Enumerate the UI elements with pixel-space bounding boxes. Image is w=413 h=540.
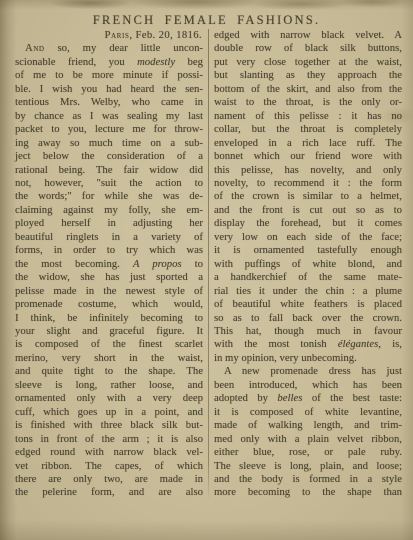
text-segment: A new promenade dress has just [224, 366, 402, 377]
text-segment: beg [175, 57, 203, 68]
text-line: vet ribbon. The capes, of which [15, 460, 203, 473]
text-line: a handkerchief of the same mate- [214, 271, 402, 284]
text-line: made of walking length, and trim- [214, 419, 402, 432]
text-segment: edged with narrow black velvet. A [214, 30, 402, 41]
text-line: collar, but the throat is completely [214, 123, 402, 136]
text-line: bottom of the skirt, and also from the [214, 83, 402, 96]
text-segment: so as to fall back over the crown. [214, 313, 402, 324]
text-segment: to [182, 259, 203, 270]
text-segment: enveloped in a rich lace ruff. The [214, 138, 402, 149]
text-segment: The sleeve is long, plain, and loose; [214, 461, 402, 472]
text-segment: and the body is formed in a style [214, 474, 402, 485]
text-line: the most becoming. A propos to [15, 258, 203, 271]
text-line: edged with narrow black velvet. A [214, 29, 402, 42]
text-segment: sleeve is long, rather loose, and [15, 380, 203, 391]
text-segment: bonnet which our friend wore with [214, 151, 402, 162]
text-segment: by chance as I was sealing my last [15, 111, 203, 122]
text-line: either blue, rose, or pale ruby. [214, 446, 402, 459]
text-line: This hat, though much in favour [214, 325, 402, 338]
text-line: your slight and graceful figure. It [15, 325, 203, 338]
text-segment: pelisse made in the newest style of [15, 286, 203, 297]
text-segment: med only with a plain velvet ribbon, [214, 434, 402, 445]
text-segment: of beautiful white feathers is placed [214, 299, 402, 310]
text-line: with puffings of white blond, and [214, 258, 402, 271]
text-line: And so, my dear little uncon- [15, 42, 203, 55]
italic-text: élégantes [338, 339, 378, 350]
text-segment: with the most tonish [214, 339, 338, 350]
text-line: put very close together at the waist, [214, 56, 402, 69]
text-line: bonnet which our friend wore with [214, 150, 402, 163]
text-line: in my opinion, very unbecoming. [214, 352, 402, 365]
text-segment: the pelerine form, and are also [15, 487, 203, 498]
text-segment: of the best taste: [302, 393, 402, 404]
text-line: I think, be infinitely becoming to [15, 312, 203, 325]
text-line: ployed herself in adjusting her [15, 217, 203, 230]
article-title: FRENCH FEMALE FASHIONS. [0, 0, 413, 28]
text-segment: ornamented only with a very deep [15, 393, 203, 404]
text-columns: Paris, Feb. 20, 1816.And so, my dear lit… [15, 29, 402, 500]
text-line: is composed of the finest scarlet [15, 338, 203, 351]
text-segment: it is composed of white levantine, [214, 407, 402, 418]
text-segment: the most becoming. [15, 259, 133, 270]
text-line: sleeve is long, rather loose, and [15, 379, 203, 392]
text-line: the widow, she has just sported a [15, 271, 203, 284]
text-line: cuff, which goes up in a point, and [15, 406, 203, 419]
text-line: pelisse made in the newest style of [15, 285, 203, 298]
text-line: it is ornamented tastefully enough [214, 244, 402, 257]
text-line: forms, in order to try which was [15, 244, 203, 257]
text-line: claiming against my folly, she em- [15, 204, 203, 217]
text-segment: this pelisse, has novelty, and only [214, 165, 402, 176]
right-column: edged with narrow black velvet. Adouble … [214, 29, 402, 500]
text-segment: either blue, rose, or pale ruby. [214, 447, 402, 458]
text-line: The sleeve is long, plain, and loose; [214, 460, 402, 473]
text-segment: I think, be infinitely becoming to [15, 313, 203, 324]
text-segment: claiming against my folly, she em- [15, 205, 203, 216]
text-line: A new promenade dress has just [214, 365, 402, 378]
text-segment: ployed herself in adjusting her [15, 218, 203, 229]
text-line: adopted by belles of the best taste: [214, 392, 402, 405]
text-segment: scionable friend, you [15, 57, 137, 68]
text-line: with the most tonish élégantes, is, [214, 338, 402, 351]
text-line: waist to the throat, is the only or- [214, 96, 402, 109]
text-line: not, however, "suit the action to [15, 177, 203, 190]
smallcaps-text: And [25, 43, 45, 54]
text-segment: ject below the consideration of a [15, 151, 203, 162]
text-segment: and quite tight to the shape. The [15, 366, 203, 377]
text-line: med only with a plain velvet ribbon, [214, 433, 402, 446]
text-line: it is composed of white levantine, [214, 406, 402, 419]
text-line: packet to you, lecture me for throw- [15, 123, 203, 136]
text-segment: cuff, which goes up in a point, and [15, 407, 203, 418]
text-segment: vet ribbon. The capes, of which [15, 461, 203, 472]
text-line: promenade costume, which would, [15, 298, 203, 311]
text-segment: so, my dear little uncon- [45, 43, 203, 54]
text-segment: display the forehead, but it comes [214, 218, 402, 229]
text-segment: edged round with narrow black vel- [15, 447, 203, 458]
text-line: so as to fall back over the crown. [214, 312, 402, 325]
left-column: Paris, Feb. 20, 1816.And so, my dear lit… [15, 29, 203, 500]
text-segment: ble. I wish you had heard the sen- [15, 84, 203, 95]
text-line: enveloped in a rich lace ruff. The [214, 137, 402, 150]
text-line: tentious Mrs. Welby, who came in [15, 96, 203, 109]
text-segment: of me to be more minute if possi- [15, 70, 203, 81]
text-line: beautiful ringlets in a variety of [15, 231, 203, 244]
text-line: of me to be more minute if possi- [15, 69, 203, 82]
text-segment: and the front is cut out so as to [214, 205, 402, 216]
text-line: ble. I wish you had heard the sen- [15, 83, 203, 96]
text-segment: is composed of the finest scarlet [15, 339, 203, 350]
text-segment: waist to the throat, is the only or- [214, 97, 402, 108]
text-segment: packet to you, lecture me for throw- [15, 124, 203, 135]
text-line: of beautiful white feathers is placed [214, 298, 402, 311]
text-segment: ing away so much time on a sub- [15, 138, 203, 149]
smallcaps-text: Paris [105, 30, 130, 41]
text-segment: of the crown is similar to a helmet, [214, 191, 402, 202]
text-segment: a handkerchief of the same mate- [214, 272, 402, 283]
text-line: ornamented only with a very deep [15, 392, 203, 405]
text-line: scionable friend, you modestly beg [15, 56, 203, 69]
text-line: been introduced, which has been [214, 379, 402, 392]
text-line: rational being. The fair widow did [15, 164, 203, 177]
text-line: the words;" for while she was de- [15, 190, 203, 203]
text-line: display the forehead, but it comes [214, 217, 402, 230]
text-segment: your slight and graceful figure. It [15, 326, 203, 337]
text-line: there are only two, are made in [15, 473, 203, 486]
text-segment: but slanting as they approach the [214, 70, 402, 81]
text-line: nament of this pelisse : it has no [214, 110, 402, 123]
text-line: more becoming to the shape than [214, 486, 402, 499]
text-segment: adopted by [214, 393, 277, 404]
text-line: and the front is cut out so as to [214, 204, 402, 217]
text-line: of the crown is similar to a helmet, [214, 190, 402, 203]
text-segment: double row of black silk buttons, [214, 43, 402, 54]
text-segment: with puffings of white blond, and [214, 259, 402, 270]
text-line: ject below the consideration of a [15, 150, 203, 163]
text-segment: nament of this pelisse : it has no [214, 111, 402, 122]
text-segment: bottom of the skirt, and also from the [214, 84, 402, 95]
text-segment: in my opinion, very unbecoming. [214, 353, 357, 364]
text-line: very low on each side of the face; [214, 231, 402, 244]
text-segment: made of walking length, and trim- [214, 420, 402, 431]
text-segment: not, however, "suit the action to [15, 178, 203, 189]
text-line: ing away so much time on a sub- [15, 137, 203, 150]
text-segment: rial ties it under the chin : a plume [214, 286, 402, 297]
italic-text: belles [277, 393, 302, 404]
text-line: novelty, to recommend it : the form [214, 177, 402, 190]
text-segment: very low on each side of the face; [214, 232, 402, 243]
text-segment: put very close together at the waist, [214, 57, 402, 68]
text-line: and the body is formed in a style [214, 473, 402, 486]
text-line: the pelerine form, and are also [15, 486, 203, 499]
scanned-page: FRENCH FEMALE FASHIONS. Paris, Feb. 20, … [0, 0, 413, 540]
text-segment: beautiful ringlets in a variety of [15, 232, 203, 243]
text-segment: there are only two, are made in [15, 474, 203, 485]
text-line: by chance as I was sealing my last [15, 110, 203, 123]
text-line: but slanting as they approach the [214, 69, 402, 82]
text-segment: been introduced, which has been [214, 380, 402, 391]
text-segment: novelty, to recommend it : the form [214, 178, 402, 189]
text-segment: , Feb. 20, 1816. [129, 30, 202, 41]
italic-text: modestly [137, 57, 175, 68]
text-line: merino, very short in the waist, [15, 352, 203, 365]
text-segment: This hat, though much in favour [214, 326, 402, 337]
text-segment: promenade costume, which would, [15, 299, 203, 310]
text-line: double row of black silk buttons, [214, 42, 402, 55]
dateline: Paris, Feb. 20, 1816. [15, 29, 203, 42]
text-segment: more becoming to the shape than [214, 487, 402, 498]
text-line: is finished with three black silk but- [15, 419, 203, 432]
italic-text: A propos [133, 259, 182, 270]
text-segment: it is ornamented tastefully enough [214, 245, 402, 256]
text-segment: collar, but the throat is completely [214, 124, 402, 135]
column-divider [208, 29, 209, 500]
text-line: rial ties it under the chin : a plume [214, 285, 402, 298]
text-line: tons in front of the arm ; it is also [15, 433, 203, 446]
text-segment: , is, [378, 339, 402, 350]
text-segment: tentious Mrs. Welby, who came in [15, 97, 203, 108]
text-segment: tons in front of the arm ; it is also [15, 434, 203, 445]
text-line: and quite tight to the shape. The [15, 365, 203, 378]
text-segment: is finished with three black silk but- [15, 420, 203, 431]
text-line: edged round with narrow black vel- [15, 446, 203, 459]
text-segment: the words;" for while she was de- [15, 191, 203, 202]
text-segment: rational being. The fair widow did [15, 165, 203, 176]
text-segment: the widow, she has just sported a [15, 272, 203, 283]
text-line: this pelisse, has novelty, and only [214, 164, 402, 177]
text-segment: merino, very short in the waist, [15, 353, 203, 364]
text-segment: forms, in order to try which was [15, 245, 203, 256]
